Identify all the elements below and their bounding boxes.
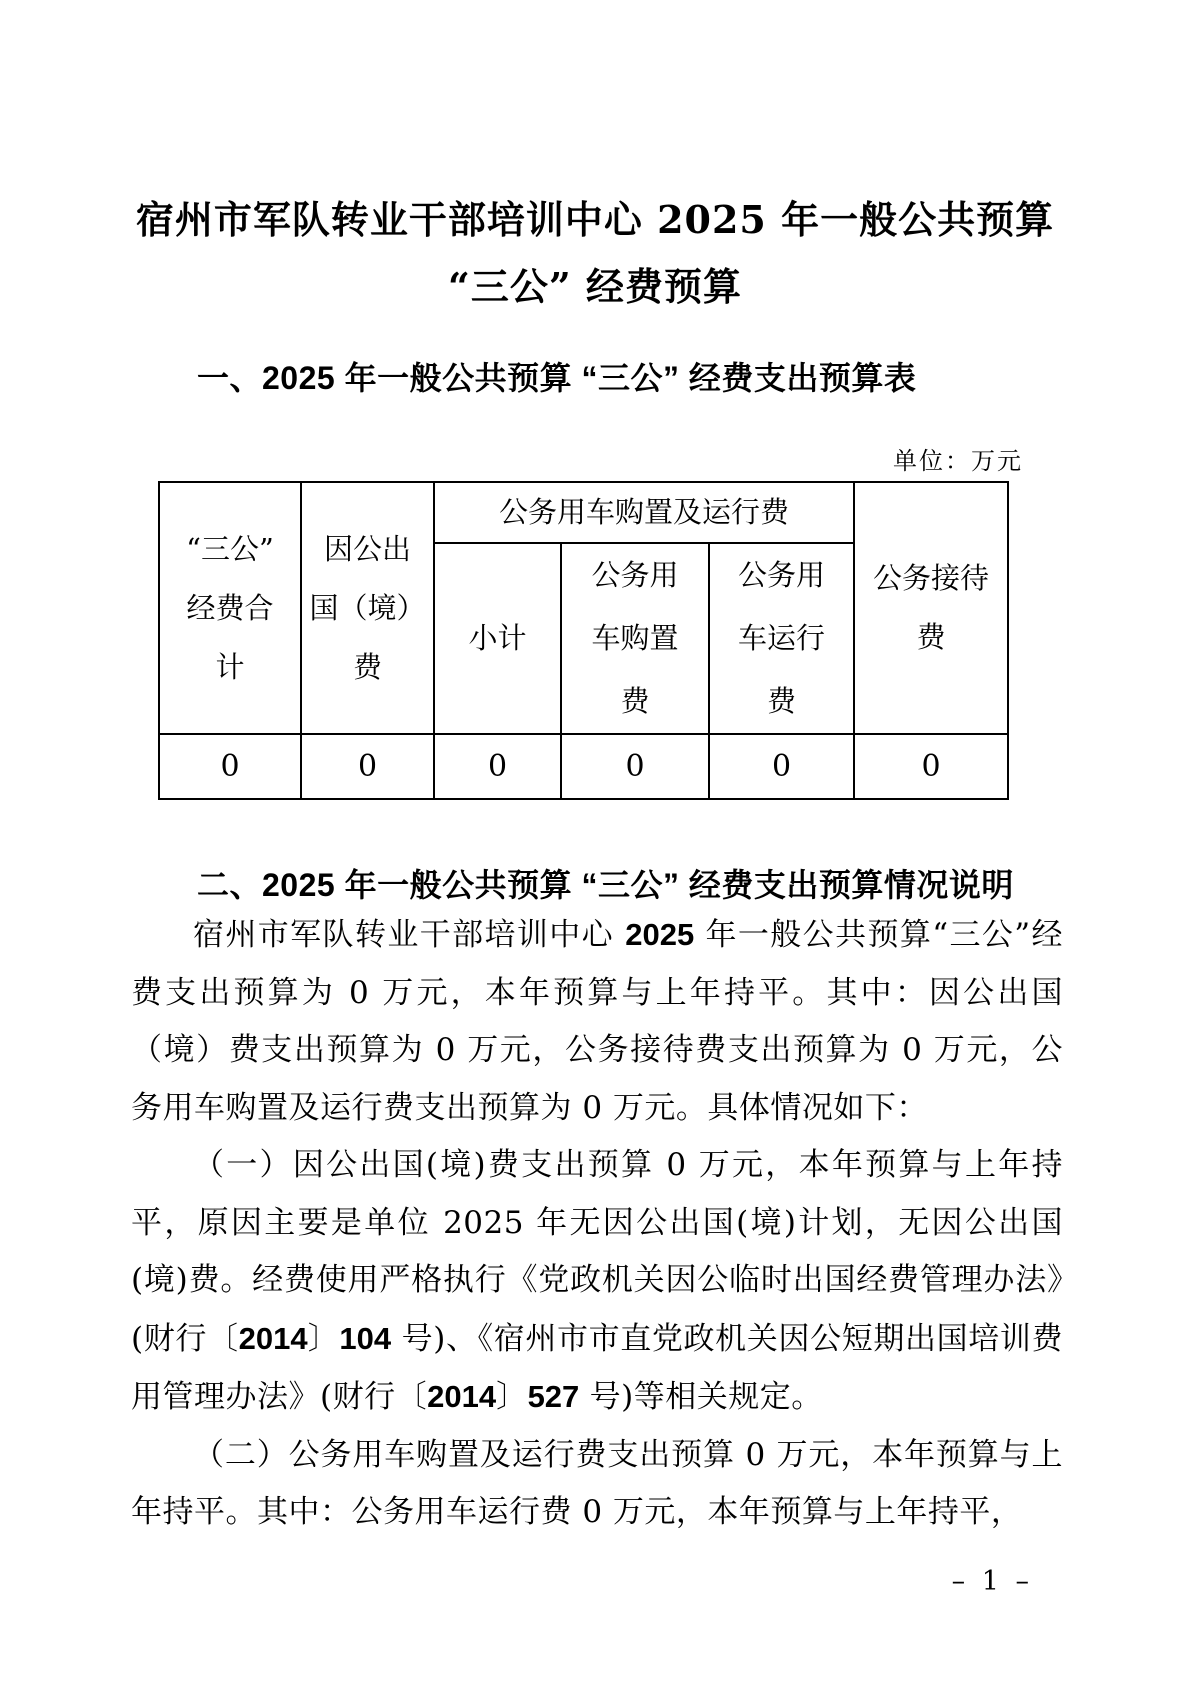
header-cell-vehicle-group: 公务用车购置及运行费: [434, 482, 854, 543]
paragraph-abroad-bracket1: 〕: [308, 1321, 340, 1357]
body-text: 宿州市军队转业干部培训中心 2025 年一般公共预算“三公”经费支出预算为 0 …: [131, 906, 1063, 1542]
value-cell-operation: 0: [709, 734, 854, 799]
document-title-line1: 宿州市军队转业干部培训中心 2025 年一般公共预算: [0, 186, 1190, 253]
page-number: – 1 –: [952, 1566, 1033, 1597]
paragraph-overview: 宿州市军队转业干部培训中心 2025 年一般公共预算“三公”经费支出预算为 0 …: [131, 906, 1063, 1137]
section2-heading: 二、2025 年一般公共预算 “三公” 经费支出预算情况说明: [197, 860, 1014, 906]
table-header-row-1: “三公” 经费合 计 因公出 国（境） 费 公务用车购置及运行费 公务接待 费: [159, 482, 1008, 543]
paragraph-abroad-doc1-number: 104: [339, 1321, 391, 1356]
paragraph-abroad-doc2-year: 2014: [427, 1379, 496, 1414]
paragraph-vehicle-text: （二）公务用车购置及运行费支出预算 0 万元，本年预算与上年持平。其中：公务用车…: [131, 1437, 1063, 1531]
header-cell-subtotal: 小计: [434, 543, 561, 734]
paragraph-abroad-doc2-number: 527: [528, 1379, 580, 1414]
paragraph-abroad-end: 号)等相关规定。: [579, 1379, 822, 1415]
paragraph-overview-text: 宿州市军队转业干部培训中心: [193, 917, 625, 953]
table-values-row: 0 0 0 0 0 0: [159, 734, 1008, 799]
paragraph-abroad-bracket2: 〕: [496, 1379, 528, 1415]
header-cell-purchase: 公务用 车购置 费: [561, 543, 709, 734]
paragraph-overview-year: 2025: [625, 917, 694, 952]
header-cell-reception: 公务接待 费: [854, 482, 1008, 734]
paragraph-vehicle: （二）公务用车购置及运行费支出预算 0 万元，本年预算与上年持平。其中：公务用车…: [131, 1427, 1063, 1542]
header-cell-operation: 公务用 车运行 费: [709, 543, 854, 734]
document-title: 宿州市军队转业干部培训中心 2025 年一般公共预算 “三公” 经费预算: [0, 186, 1190, 320]
header-cell-total: “三公” 经费合 计: [159, 482, 301, 734]
document-title-line2: “三公” 经费预算: [0, 253, 1190, 320]
header-cell-abroad: 因公出 国（境） 费: [301, 482, 434, 734]
value-cell-total: 0: [159, 734, 301, 799]
budget-table: “三公” 经费合 计 因公出 国（境） 费 公务用车购置及运行费 公务接待 费 …: [158, 481, 1009, 800]
document-page: 宿州市军队转业干部培训中心 2025 年一般公共预算 “三公” 经费预算 一、2…: [0, 0, 1190, 1683]
table-unit-label: 单位：万元: [893, 441, 1023, 476]
value-cell-reception: 0: [854, 734, 1008, 799]
value-cell-abroad: 0: [301, 734, 434, 799]
section1-heading: 一、2025 年一般公共预算 “三公” 经费支出预算表: [197, 353, 916, 399]
paragraph-abroad-doc1-year: 2014: [239, 1321, 308, 1356]
value-cell-subtotal: 0: [434, 734, 561, 799]
value-cell-purchase: 0: [561, 734, 709, 799]
paragraph-abroad: （一）因公出国(境)费支出预算 0 万元，本年预算与上年持平，原因主要是单位 2…: [131, 1137, 1063, 1427]
